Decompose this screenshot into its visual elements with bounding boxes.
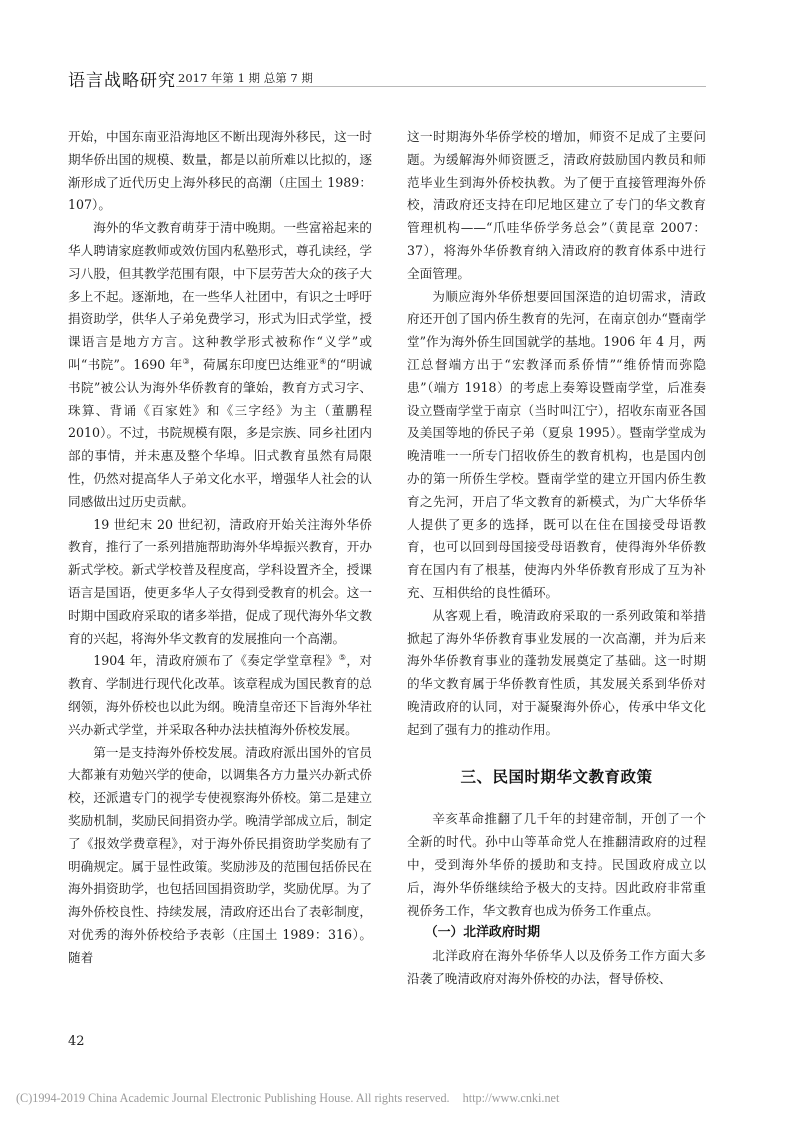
cnki-link[interactable]: http://www.cnki.net bbox=[463, 1091, 560, 1105]
paragraph: 19 世纪末 20 世纪初，清政府开始关注海外华侨教育，推行了一系列措施帮助海外… bbox=[68, 514, 372, 651]
paragraph-text: 海外的华文教育萌芽于清中晚期。一些富裕起来的华人聘请家庭教师或效仿国内私塾形式，… bbox=[68, 220, 372, 372]
journal-name: 语言战略研究 bbox=[68, 66, 176, 91]
running-header: 语言战略研究 2017 年第 1 期 总第 7 期 bbox=[68, 66, 708, 88]
paragraph: 1904 年，清政府颁布了《奏定学堂章程》⑤，对教育、学制进行现代化改革。该章程… bbox=[68, 650, 372, 741]
paragraph: 海外的华文教育萌芽于清中晚期。一些富裕起来的华人聘请家庭教师或效仿国内私塾形式，… bbox=[68, 217, 372, 513]
paragraph-text: 1904 年，清政府颁布了《奏定学堂章程》 bbox=[93, 653, 339, 668]
paragraph: 开始，中国东南亚沿海地区不断出现海外移民，这一时期华侨出国的规模、数量，都是以前… bbox=[68, 126, 372, 217]
header-rule bbox=[176, 86, 706, 87]
sub-heading: （一）北洋政府时期 bbox=[407, 922, 706, 945]
paragraph: 第一是支持海外侨校发展。清政府派出国外的官员大都兼有劝勉兴学的使命，以调集各方力… bbox=[68, 742, 372, 970]
section-heading: 三、民国时期华文教育政策 bbox=[407, 766, 706, 789]
paragraph-text: 的“明诚书院”被公认为海外华侨教育的肇始，教育方式习字、珠算、背诵《百家姓》和《… bbox=[68, 357, 372, 509]
paragraph: 这一时期海外华侨学校的增加，师资不足成了主要问题。为缓解海外师资匮乏，清政府鼓励… bbox=[407, 126, 706, 286]
copyright-text: (C)1994-2019 China Academic Journal Elec… bbox=[16, 1091, 450, 1105]
paragraph: 为顺应海外华侨想要回国深造的迫切需求，清政府还开创了国内侨生教育的先河，在南京创… bbox=[407, 286, 706, 605]
footnote-ref: ③ bbox=[183, 357, 191, 366]
page-number: 42 bbox=[68, 1034, 85, 1049]
paragraph: 北洋政府在海外华侨华人以及侨务工作方面大多沿袭了晚清政府对海外侨校的办法，督导侨… bbox=[407, 945, 706, 991]
copyright-notice: (C)1994-2019 China Academic Journal Elec… bbox=[16, 1091, 559, 1106]
paragraph: 辛亥革命推翻了几千年的封建帝制，开创了一个全新的时代。孙中山等革命党人在推翻清政… bbox=[407, 808, 706, 922]
left-column: 开始，中国东南亚沿海地区不断出现海外移民，这一时期华侨出国的规模、数量，都是以前… bbox=[68, 126, 372, 969]
paragraph-text: ，荷属东印度巴达维亚 bbox=[190, 357, 319, 372]
paragraph: 从客观上看，晚清政府采取的一系列政策和举措掀起了海外华侨教育事业发展的一次高潮，… bbox=[407, 605, 706, 742]
issue-info: 2017 年第 1 期 总第 7 期 bbox=[178, 70, 313, 86]
footnote-ref: ④ bbox=[319, 357, 327, 366]
right-column: 这一时期海外华侨学校的增加，师资不足成了主要问题。为缓解海外师资匮乏，清政府鼓励… bbox=[407, 126, 706, 991]
